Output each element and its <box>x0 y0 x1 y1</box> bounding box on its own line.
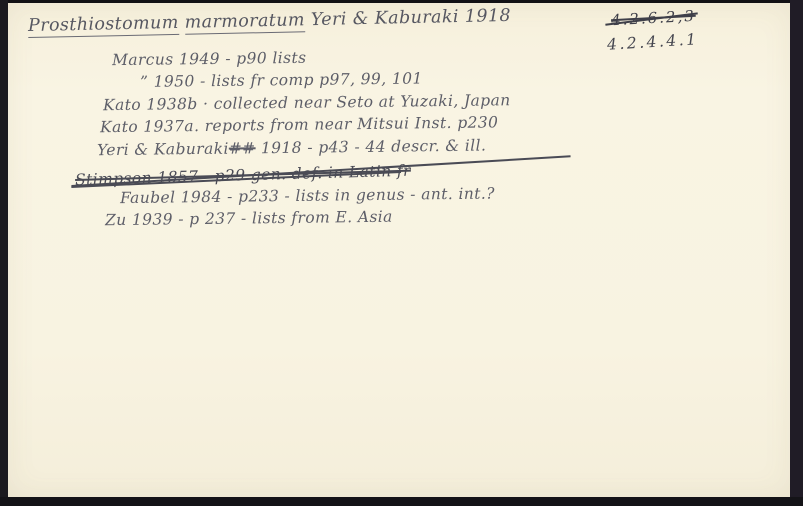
card-entry-text: Marcus 1949 - p90 lists <box>112 49 307 69</box>
card-entry-text: Kato 1937a. reports from near Mitsui Ins… <box>100 114 499 137</box>
scan-edge-bottom <box>0 497 803 506</box>
entry-text-segment: 1918 - p43 - 44 descr. & ill. <box>255 136 486 157</box>
entry-text-segment: ” 1950 - lists fr comp p97, 99, 101 <box>140 70 423 91</box>
authority-text: Yeri & Kaburaki 1918 <box>311 6 512 30</box>
entry-text-segment: Zu 1939 - p 237 - lists from E. Asia <box>105 208 393 230</box>
species-title: Prosthiostomum marmoratum Yeri & Kaburak… <box>28 6 511 36</box>
card-entry-text: Yeri & Kaburaki## 1918 - p43 - 44 descr.… <box>97 136 486 159</box>
reference-entries: Marcus 1949 - p90 lists” 1950 - lists fr… <box>8 45 791 228</box>
entry-text-segment: Marcus 1949 - p90 lists <box>112 49 307 69</box>
entry-text-segment: Kato 1938b · collected near Seto at Yuza… <box>103 91 511 114</box>
genus-name: Prosthiostomum <box>28 13 179 38</box>
scan-edge-left <box>0 0 8 506</box>
entry-text-segment: Yeri & Kaburaki <box>97 139 229 159</box>
card-entry-text: ” 1950 - lists fr comp p97, 99, 101 <box>140 70 423 91</box>
card-entry-text: Zu 1939 - p 237 - lists from E. Asia <box>105 208 393 230</box>
entry-text-segment: Faubel 1984 - p233 - lists in genus - an… <box>120 184 495 207</box>
scan-edge-top <box>0 0 803 3</box>
crossed-out-number: 4.2.6.2,3 <box>611 7 697 29</box>
entry-text-segment: Kato 1937a. reports from near Mitsui Ins… <box>100 114 499 137</box>
scan-edge-right <box>790 0 803 506</box>
card-entry-text: Faubel 1984 - p233 - lists in genus - an… <box>120 184 495 207</box>
index-card: Prosthiostomum marmoratum Yeri & Kaburak… <box>8 3 791 497</box>
crossed-out-text: ## <box>229 139 256 157</box>
species-name: marmoratum <box>184 10 305 35</box>
scanned-index-card-page: { "card": { "title": { "genus": "Prosthi… <box>0 0 803 506</box>
card-entry-text: Kato 1938b · collected near Seto at Yuza… <box>103 91 511 114</box>
